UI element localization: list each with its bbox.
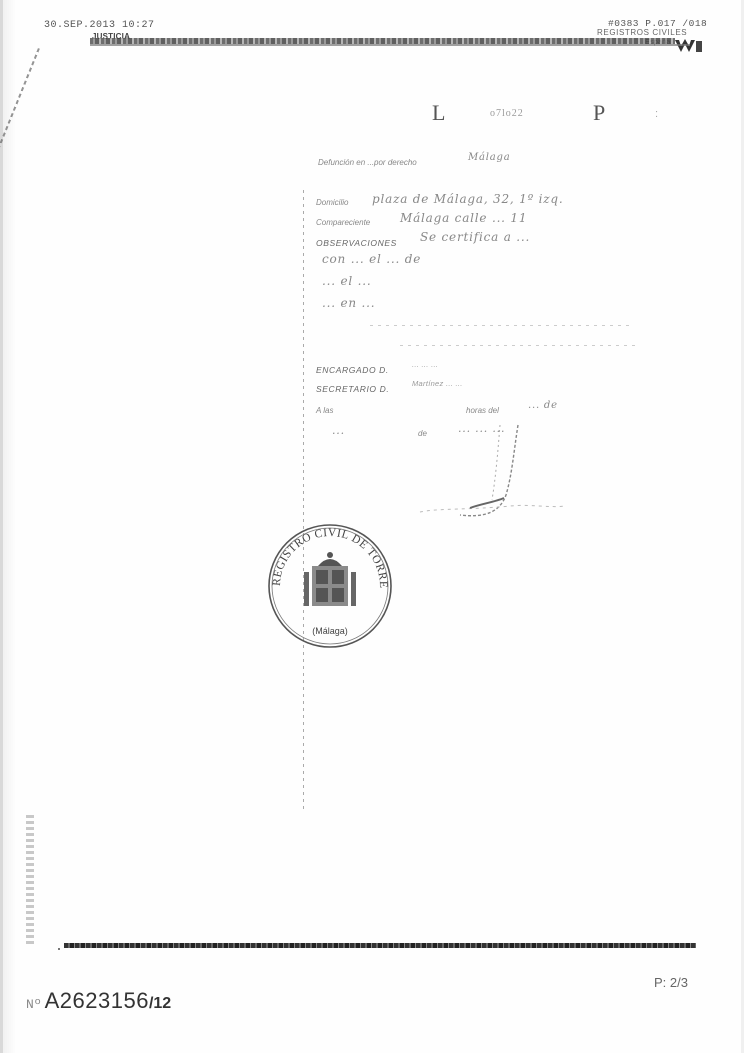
scan-left-shadow (3, 0, 15, 1053)
page-letter: P (593, 100, 605, 126)
bottom-rule-dot (58, 948, 60, 950)
encargado-label: ENCARGADO D. (316, 365, 389, 375)
registration-colon: : (655, 108, 658, 120)
observaciones-blank-line (370, 325, 630, 326)
observaciones-blank-line (400, 345, 640, 346)
registration-number: o7lo22 (490, 108, 524, 119)
observaciones-line-3: ... el ... (322, 274, 371, 288)
signature-mark (400, 420, 580, 530)
time-value: ... de (528, 400, 558, 411)
observaciones-label: OBSERVACIONES (316, 238, 397, 248)
footer-rule (64, 943, 696, 948)
document-serial-number: NºA2623156/12 (26, 988, 171, 1014)
observaciones-line-2: con ... el ... de (322, 252, 421, 266)
time-label: horas del (466, 406, 499, 415)
svg-text:(Málaga): (Málaga) (312, 626, 348, 636)
domicile-label: Domicilio (316, 198, 348, 207)
fax-timestamp: 30.SEP.2013 10:27 (44, 20, 155, 31)
defuncion-value: Málaga (468, 152, 511, 163)
encargado-value: ... ... ... (412, 360, 438, 369)
vertical-margin-text (26, 815, 34, 945)
compareciente-value: Málaga calle ... 11 (400, 211, 527, 225)
observaciones-line-4: ... en ... (322, 296, 375, 310)
scanned-document-page: 30.SEP.2013 10:27 #0383 P.017 /018 JUSTI… (0, 0, 744, 1053)
time-prefix: A las (316, 406, 334, 415)
header-rule-underline (90, 44, 690, 46)
serial-prefix: Nº (26, 997, 42, 1012)
form-margin-line (303, 190, 304, 810)
date-place: ... (332, 424, 345, 437)
page-indicator: P: 2/3 (654, 975, 688, 990)
domicile-value: plaza de Málaga, 32, 1º izq. (372, 192, 564, 206)
serial-suffix: /12 (149, 995, 171, 1012)
ministry-logo-icon (675, 38, 703, 54)
observaciones-line-1: Se certifica a ... (420, 230, 530, 244)
tomo-letter: L (432, 100, 445, 126)
secretario-value: Martínez ... ... (412, 379, 463, 388)
serial-number: A2623156 (45, 988, 149, 1013)
spanish-coat-of-arms-icon (304, 552, 356, 606)
civil-registry-seal: REGISTRO CIVIL DE TORREMOLINOS (Málaga) (266, 522, 394, 650)
header-org-name: REGISTROS CIVILES (597, 28, 687, 37)
defuncion-label: Defunción en ...por derecho (318, 158, 417, 167)
secretario-label: SECRETARIO D. (316, 384, 389, 394)
compareciente-label: Compareciente (316, 218, 370, 227)
